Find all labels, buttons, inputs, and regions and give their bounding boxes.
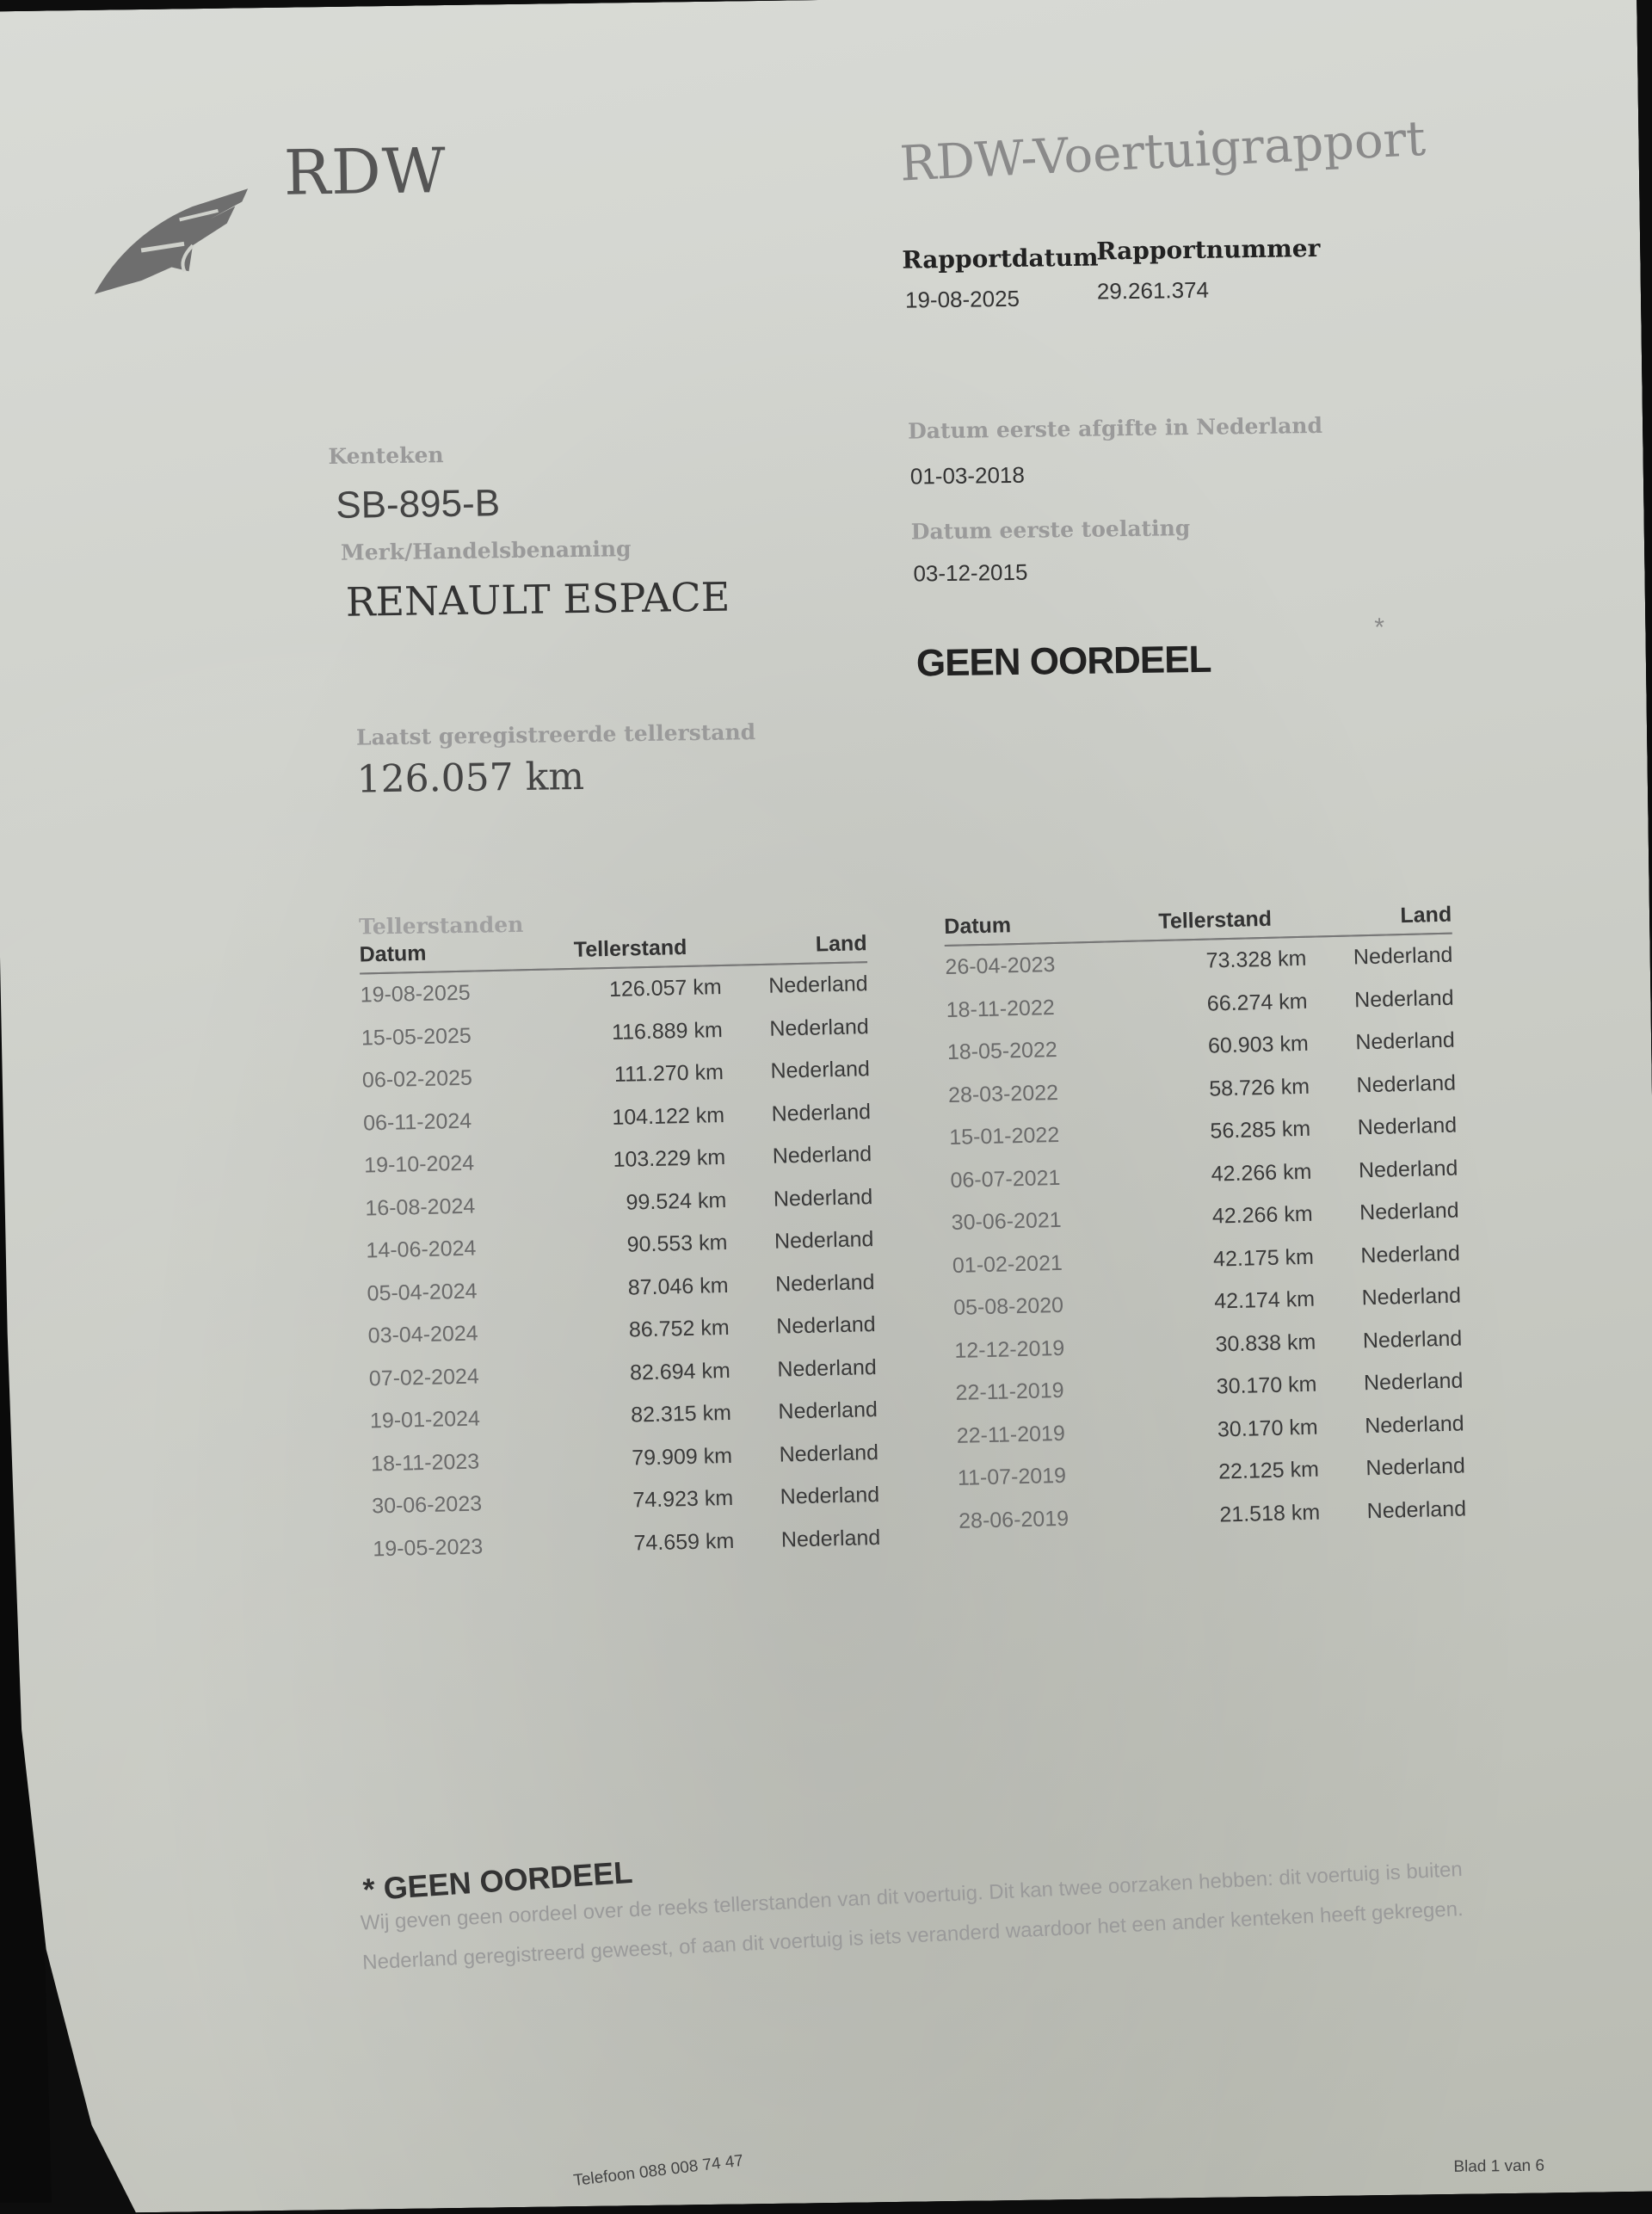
- cell-date: 18-11-2023: [371, 1439, 552, 1485]
- cell-odometer: 60.903 km: [1127, 1023, 1309, 1070]
- merk-label: Merk/Handelsbenaming: [341, 536, 632, 565]
- cell-country: Nederland: [723, 1048, 870, 1094]
- cell-date: 19-05-2023: [373, 1524, 554, 1570]
- cell-odometer: 42.266 km: [1131, 1150, 1312, 1198]
- cell-date: 06-02-2025: [361, 1056, 543, 1102]
- cell-country: Nederland: [734, 1516, 881, 1562]
- column-header-km: Tellerstand: [539, 934, 721, 970]
- rapportdatum-label: Rapportdatum: [902, 243, 1099, 274]
- report-title: RDW-Voertuigrapport: [898, 111, 1427, 193]
- cell-country: Nederland: [1313, 1232, 1460, 1279]
- cell-date: 30-06-2021: [951, 1198, 1132, 1245]
- cell-odometer: 90.553 km: [546, 1222, 728, 1268]
- merk-value: RENAULT ESPACE: [345, 574, 730, 626]
- cell-odometer: 22.125 km: [1137, 1449, 1319, 1496]
- cell-odometer: 86.752 km: [548, 1307, 730, 1354]
- footer-page-number: Blad 1 van 6: [1453, 2156, 1544, 2176]
- cell-date: 06-07-2021: [950, 1155, 1131, 1202]
- report-page: RDW RDW-Voertuigrapport Rapportdatum 19-…: [0, 0, 1652, 2203]
- kenteken-value: SB-895-B: [336, 482, 500, 527]
- cell-date: 05-08-2020: [953, 1283, 1135, 1330]
- cell-odometer: 103.229 km: [545, 1137, 726, 1183]
- cell-date: 12-12-2019: [954, 1325, 1136, 1372]
- odometer-section-title: Tellerstanden: [359, 912, 524, 940]
- cell-date: 19-01-2024: [369, 1397, 551, 1443]
- cell-odometer: 74.659 km: [553, 1520, 735, 1566]
- first-admission-value: 03-12-2015: [913, 559, 1027, 588]
- cell-country: Nederland: [1308, 1020, 1455, 1066]
- cell-country: Nederland: [1318, 1445, 1465, 1491]
- cell-date: 05-04-2024: [367, 1268, 548, 1315]
- footer-phone: Telefoon 088 008 74 47: [572, 2152, 744, 2191]
- cell-odometer: 99.524 km: [546, 1179, 727, 1225]
- cell-date: 15-05-2025: [361, 1013, 542, 1059]
- column-header-country: Land: [1305, 903, 1452, 937]
- cell-odometer: 21.518 km: [1139, 1491, 1321, 1539]
- odometer-table-left-body: 19-08-2025126.057 kmNederland15-05-20251…: [360, 962, 881, 1570]
- cell-country: Nederland: [1316, 1360, 1464, 1406]
- cell-odometer: 73.328 km: [1125, 937, 1307, 985]
- cell-odometer: 56.285 km: [1130, 1108, 1311, 1156]
- cell-date: 16-08-2024: [365, 1183, 546, 1230]
- cell-odometer: 82.694 km: [549, 1349, 730, 1396]
- column-header-country: Land: [720, 931, 867, 965]
- cell-country: Nederland: [1316, 1317, 1463, 1364]
- cell-odometer: 126.057 km: [540, 965, 722, 1013]
- cell-country: Nederland: [727, 1218, 874, 1264]
- cell-odometer: 42.175 km: [1132, 1236, 1314, 1283]
- cell-country: Nederland: [733, 1474, 880, 1520]
- cell-country: Nederland: [1319, 1488, 1466, 1534]
- column-header-date: Datum: [944, 910, 1125, 946]
- kenteken-label: Kenteken: [328, 442, 444, 469]
- cell-date: 11-07-2019: [957, 1453, 1138, 1501]
- rdw-feather-logo-icon: [89, 184, 262, 299]
- cell-date: 22-11-2019: [955, 1368, 1137, 1415]
- cell-date: 19-08-2025: [360, 970, 541, 1017]
- cell-odometer: 111.270 km: [542, 1051, 724, 1098]
- brand-name: RDW: [283, 134, 447, 209]
- cell-country: Nederland: [726, 1176, 873, 1222]
- cell-odometer: 116.889 km: [541, 1009, 723, 1056]
- cell-odometer: 82.315 km: [550, 1392, 731, 1439]
- last-odometer-value: 126.057 km: [356, 755, 584, 802]
- cell-odometer: 74.923 km: [552, 1477, 734, 1524]
- cell-country: Nederland: [1312, 1190, 1459, 1237]
- cell-country: Nederland: [1306, 934, 1453, 981]
- cell-country: Nederland: [1314, 1275, 1461, 1322]
- cell-date: 03-04-2024: [367, 1311, 549, 1358]
- cell-odometer: 58.726 km: [1128, 1065, 1310, 1113]
- cell-date: 18-11-2022: [946, 984, 1127, 1032]
- cell-country: Nederland: [725, 1133, 872, 1179]
- cell-odometer: 79.909 km: [552, 1434, 733, 1481]
- odometer-table-right-body: 26-04-202373.328 kmNederland18-11-202266…: [945, 934, 1467, 1543]
- cell-country: Nederland: [1310, 1105, 1458, 1151]
- odometer-table-right: Datum Tellerstand Land 26-04-202373.328 …: [944, 903, 1467, 1543]
- cell-odometer: 42.266 km: [1131, 1193, 1313, 1241]
- cell-odometer: 30.170 km: [1137, 1406, 1318, 1453]
- cell-country: Nederland: [724, 1091, 871, 1137]
- last-odometer-label: Laatst geregistreerde tellerstand: [356, 719, 756, 749]
- cell-date: 14-06-2024: [366, 1226, 547, 1273]
- cell-date: 01-02-2021: [952, 1240, 1133, 1287]
- cell-country: Nederland: [730, 1347, 877, 1392]
- first-issue-nl-label: Datum eerste afgifte in Nederland: [908, 413, 1322, 444]
- cell-date: 06-11-2024: [363, 1098, 545, 1144]
- cell-country: Nederland: [1317, 1403, 1464, 1449]
- column-header-km: Tellerstand: [1125, 906, 1306, 941]
- cell-date: 28-06-2019: [959, 1496, 1140, 1543]
- column-header-date: Datum: [359, 939, 540, 974]
- asterisk-marker-icon: *: [1374, 614, 1384, 643]
- odometer-table-left: Datum Tellerstand Land 19-08-2025126.057…: [359, 931, 880, 1570]
- cell-date: 19-10-2024: [364, 1141, 546, 1187]
- first-admission-label: Datum eerste toelating: [911, 515, 1191, 545]
- cell-country: Nederland: [729, 1304, 876, 1349]
- cell-odometer: 30.170 km: [1136, 1364, 1317, 1411]
- cell-date: 22-11-2019: [956, 1410, 1137, 1458]
- cell-date: 28-03-2022: [948, 1070, 1130, 1117]
- cell-odometer: 42.174 km: [1134, 1279, 1316, 1326]
- cell-country: Nederland: [722, 1006, 869, 1051]
- cell-country: Nederland: [721, 962, 868, 1008]
- cell-country: Nederland: [1309, 1062, 1456, 1108]
- verdict-status: GEEN OORDEEL: [916, 638, 1211, 686]
- cell-country: Nederland: [731, 1432, 878, 1477]
- first-issue-nl-value: 01-03-2018: [910, 462, 1025, 490]
- cell-date: 07-02-2024: [368, 1354, 550, 1400]
- cell-country: Nederland: [1307, 977, 1454, 1023]
- cell-country: Nederland: [728, 1261, 875, 1307]
- rapportnummer-value: 29.261.374: [1097, 277, 1210, 305]
- cell-date: 30-06-2023: [372, 1482, 553, 1528]
- cell-date: 26-04-2023: [945, 941, 1126, 990]
- rapportnummer-label: Rapportnummer: [1096, 234, 1321, 266]
- cell-date: 18-05-2022: [946, 1027, 1128, 1075]
- cell-odometer: 104.122 km: [544, 1094, 725, 1140]
- cell-country: Nederland: [1311, 1147, 1458, 1193]
- cell-odometer: 30.838 km: [1135, 1321, 1316, 1368]
- cell-odometer: 87.046 km: [547, 1264, 729, 1311]
- cell-date: 15-01-2022: [949, 1113, 1131, 1160]
- cell-odometer: 66.274 km: [1126, 980, 1308, 1027]
- rapportdatum-value: 19-08-2025: [905, 286, 1020, 314]
- cell-country: Nederland: [730, 1389, 878, 1434]
